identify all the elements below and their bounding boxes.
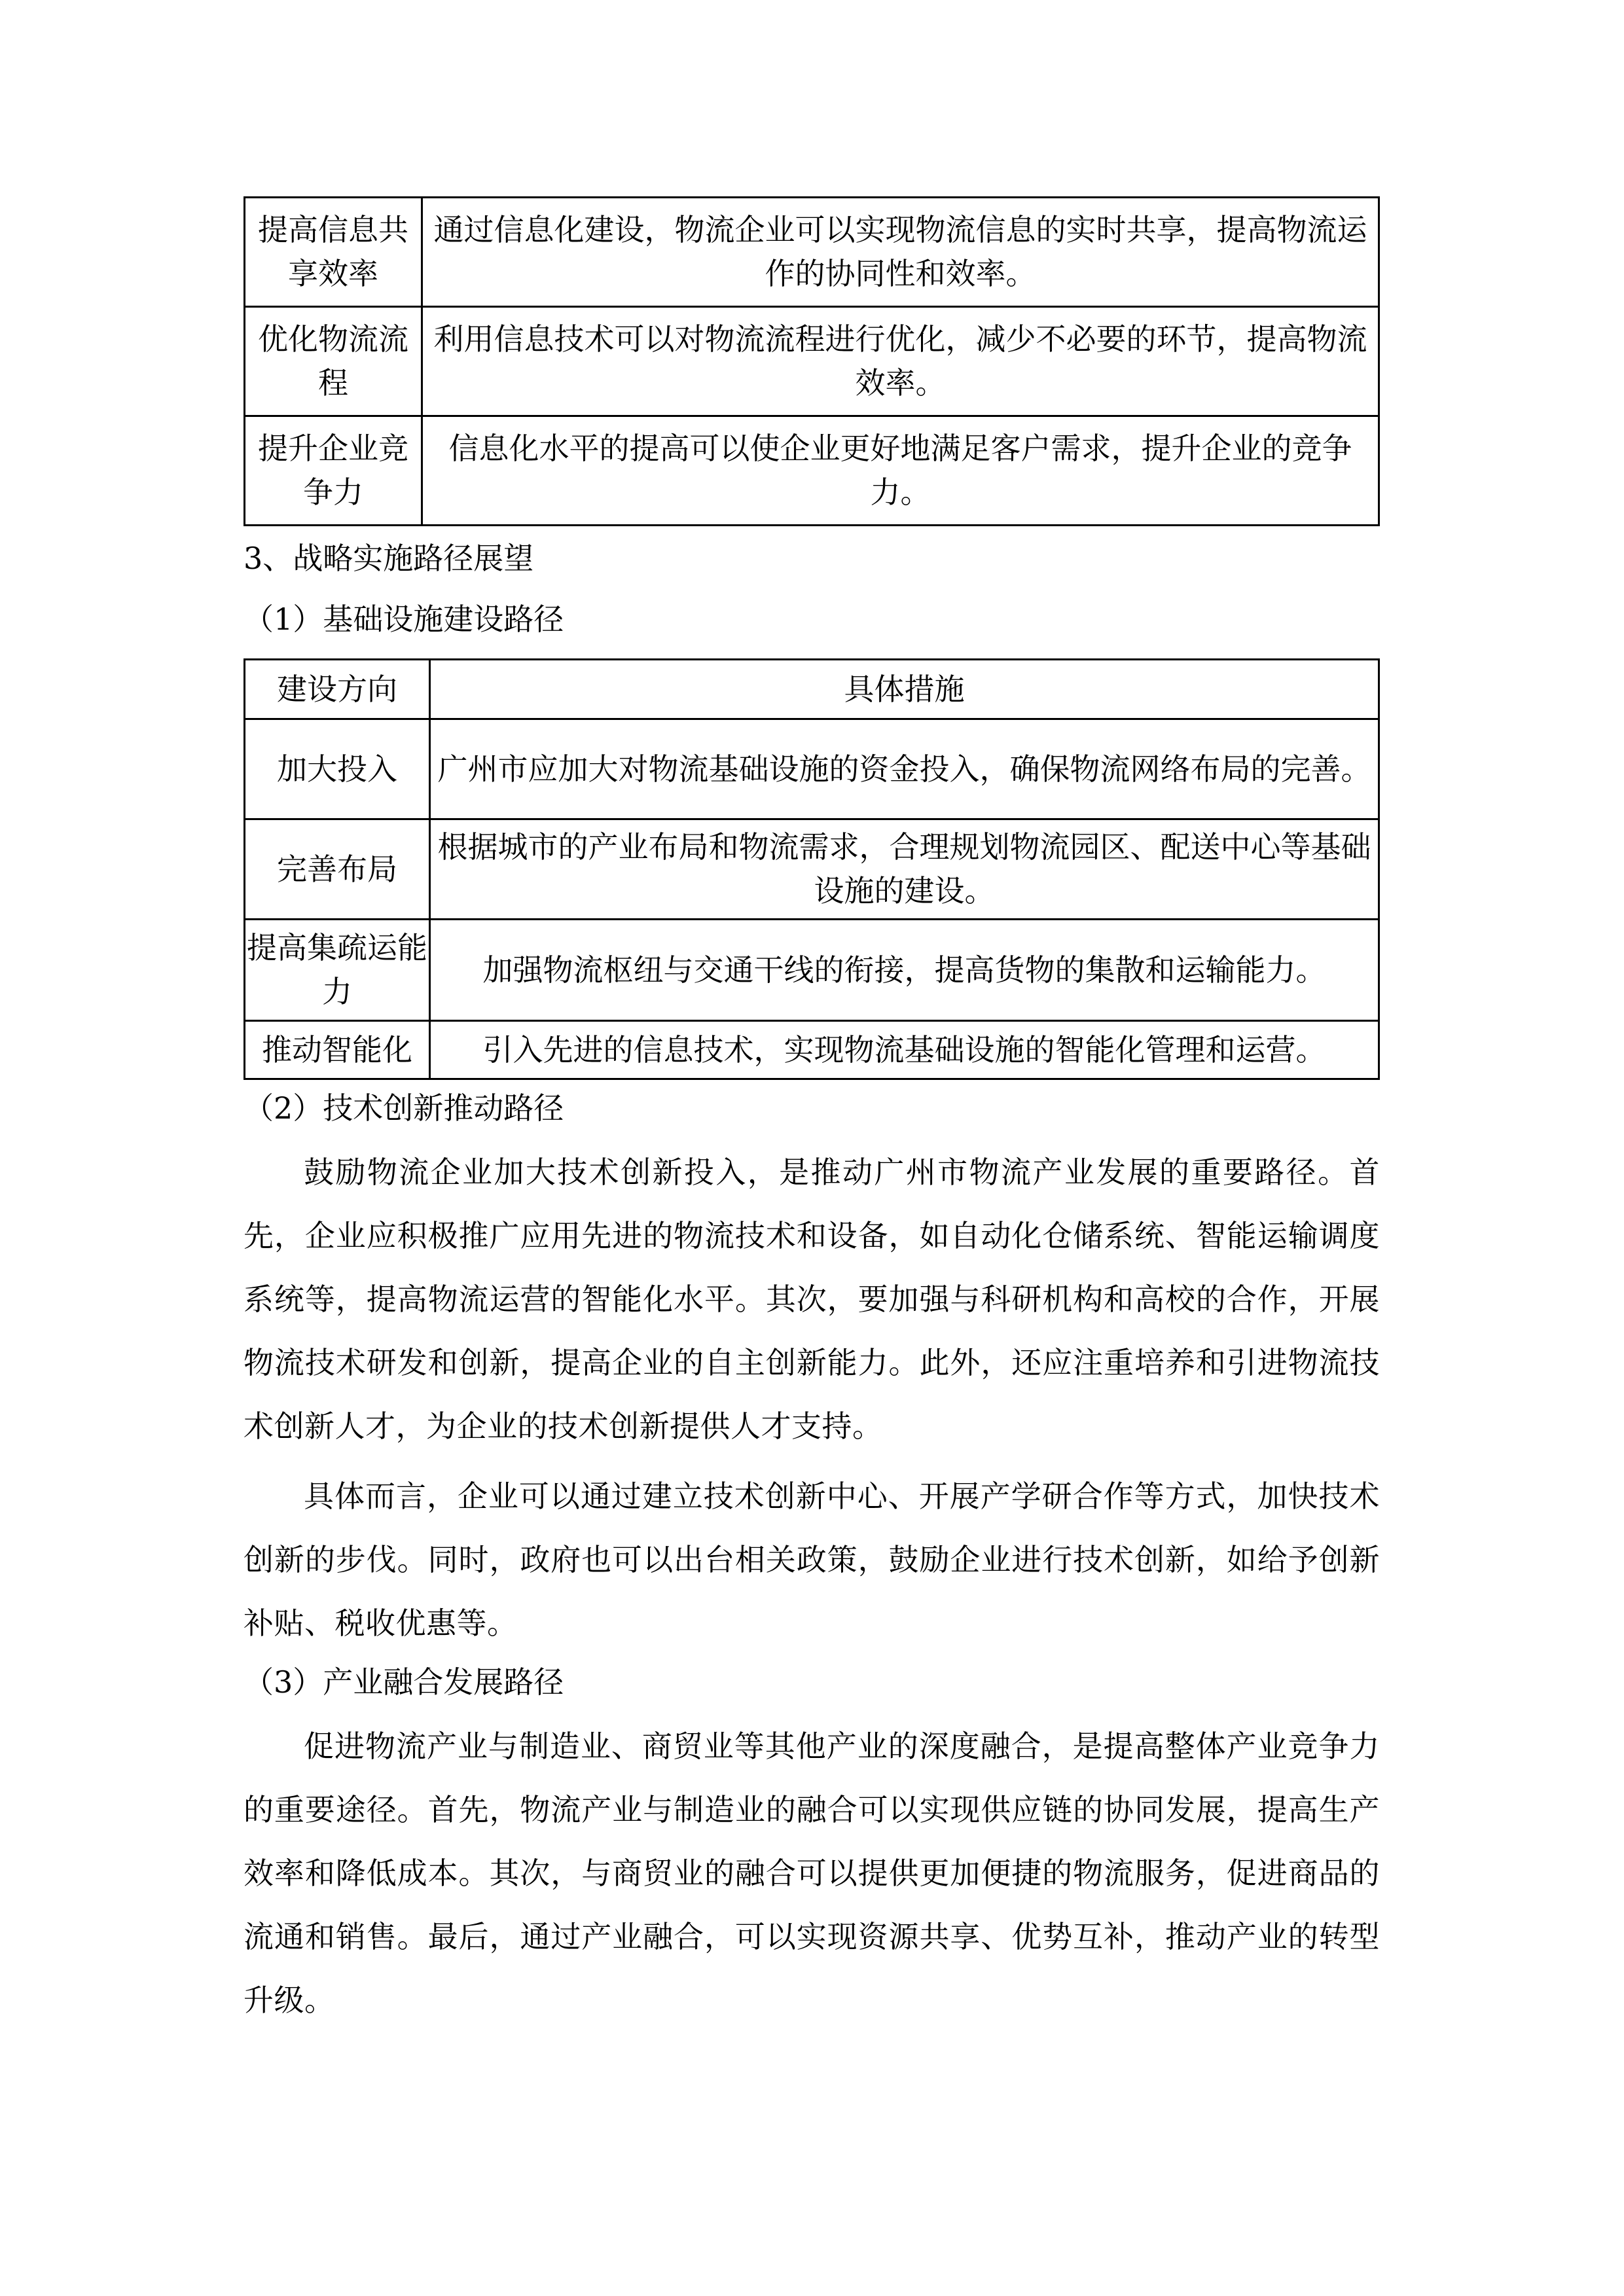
body-paragraph: 鼓励物流企业加大技术创新投入，是推动广州市物流产业发展的重要路径。首先，企业应积…: [244, 1141, 1380, 1458]
row-value: 引入先进的信息技术，实现物流基础设施的智能化管理和运营。: [430, 1021, 1379, 1079]
subsection-heading: （1）基础设施建设路径: [244, 598, 1380, 641]
row-value: 通过信息化建设，物流企业可以实现物流信息的实时共享，提高物流运作的协同性和效率。: [422, 198, 1379, 307]
row-key: 提高信息共享效率: [245, 198, 422, 307]
subsection-heading: （3）产业融合发展路径: [244, 1660, 1380, 1704]
table-row: 加大投入 广州市应加大对物流基础设施的资金投入，确保物流网络布局的完善。: [245, 719, 1379, 819]
row-key: 优化物流流程: [245, 307, 422, 416]
row-value: 广州市应加大对物流基础设施的资金投入，确保物流网络布局的完善。: [430, 719, 1379, 819]
subsection-heading: （2）技术创新推动路径: [244, 1086, 1380, 1130]
row-key: 提高集疏运能力: [245, 920, 430, 1021]
table-row: 提高集疏运能力 加强物流枢纽与交通干线的衔接，提高货物的集散和运输能力。: [245, 920, 1379, 1021]
row-key: 加大投入: [245, 719, 430, 819]
table-row: 提高信息共享效率 通过信息化建设，物流企业可以实现物流信息的实时共享，提高物流运…: [245, 198, 1379, 307]
table-row: 推动智能化 引入先进的信息技术，实现物流基础设施的智能化管理和运营。: [245, 1021, 1379, 1079]
table-row: 完善布局 根据城市的产业布局和物流需求，合理规划物流园区、配送中心等基础设施的建…: [245, 819, 1379, 920]
row-value: 利用信息技术可以对物流流程进行优化，减少不必要的环节，提高物流效率。: [422, 307, 1379, 416]
infrastructure-table: 建设方向 具体措施 加大投入 广州市应加大对物流基础设施的资金投入，确保物流网络…: [244, 658, 1380, 1080]
body-paragraph: 促进物流产业与制造业、商贸业等其他产业的深度融合，是提高整体产业竞争力的重要途径…: [244, 1715, 1380, 2032]
row-key: 提升企业竞争力: [245, 416, 422, 526]
document-page: 提高信息共享效率 通过信息化建设，物流企业可以实现物流信息的实时共享，提高物流运…: [244, 196, 1380, 2032]
table-header-row: 建设方向 具体措施: [245, 660, 1379, 719]
column-header: 具体措施: [430, 660, 1379, 719]
row-value: 加强物流枢纽与交通干线的衔接，提高货物的集散和运输能力。: [430, 920, 1379, 1021]
informatization-benefits-table: 提高信息共享效率 通过信息化建设，物流企业可以实现物流信息的实时共享，提高物流运…: [244, 196, 1380, 526]
table-row: 优化物流流程 利用信息技术可以对物流流程进行优化，减少不必要的环节，提高物流效率…: [245, 307, 1379, 416]
row-key: 完善布局: [245, 819, 430, 920]
row-value: 信息化水平的提高可以使企业更好地满足客户需求，提升企业的竞争力。: [422, 416, 1379, 526]
section-heading: 3、战略实施路径展望: [244, 537, 1380, 581]
column-header: 建设方向: [245, 660, 430, 719]
row-value: 根据城市的产业布局和物流需求，合理规划物流园区、配送中心等基础设施的建设。: [430, 819, 1379, 920]
body-paragraph: 具体而言，企业可以通过建立技术创新中心、开展产学研合作等方式，加快技术创新的步伐…: [244, 1465, 1380, 1655]
row-key: 推动智能化: [245, 1021, 430, 1079]
table-row: 提升企业竞争力 信息化水平的提高可以使企业更好地满足客户需求，提升企业的竞争力。: [245, 416, 1379, 526]
